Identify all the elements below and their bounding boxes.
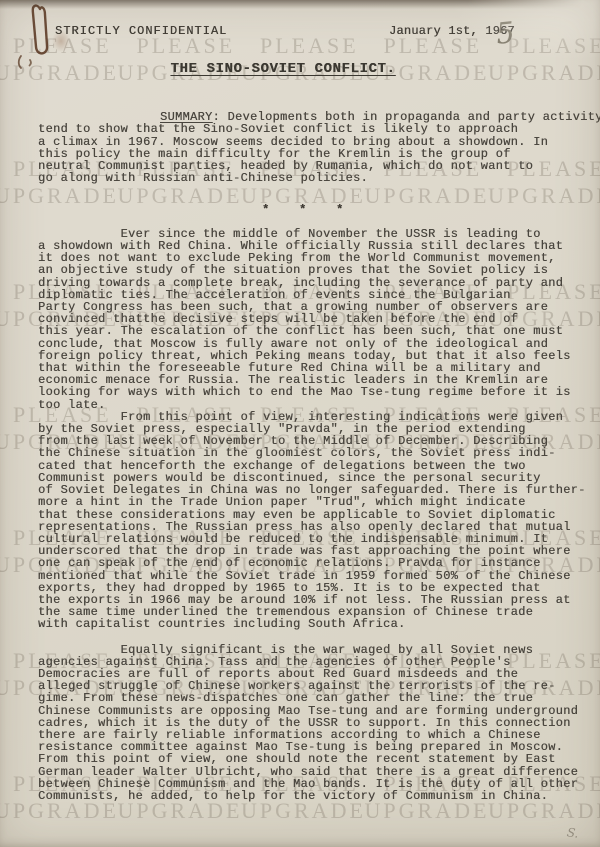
document-body: SUMMARY: Developments both in propaganda… (38, 99, 590, 802)
summary-paragraph: SUMMARY: Developments both in propaganda… (38, 99, 590, 197)
watermark-text: PLEASE (260, 33, 359, 59)
handwritten-initial: S. (566, 825, 579, 840)
section-separator: * * * (38, 204, 590, 216)
body-paragraph: From this point of view, interesting ind… (38, 411, 590, 631)
body-paragraph: Equally significant is the war waged by … (38, 644, 590, 803)
scanned-document-page: PLEASEUPGRADEPLEASEUPGRADEPLEASEUPGRADEP… (0, 0, 600, 847)
body-paragraph: Ever since the middle of November the US… (38, 228, 590, 411)
document-title: THE SINO-SOVIET CONFLICT. (0, 61, 583, 77)
summary-text: : Developments both in propaganda and pa… (38, 110, 600, 185)
paperclip-mark-icon (14, 0, 74, 80)
scan-edge-shadow (0, 0, 600, 9)
document-title-text: THE SINO-SOVIET CONFLICT. (170, 61, 395, 77)
classification-stamp: STRICTLY CONFIDENTIAL (55, 24, 227, 38)
page-corner-highlight (450, 0, 600, 60)
